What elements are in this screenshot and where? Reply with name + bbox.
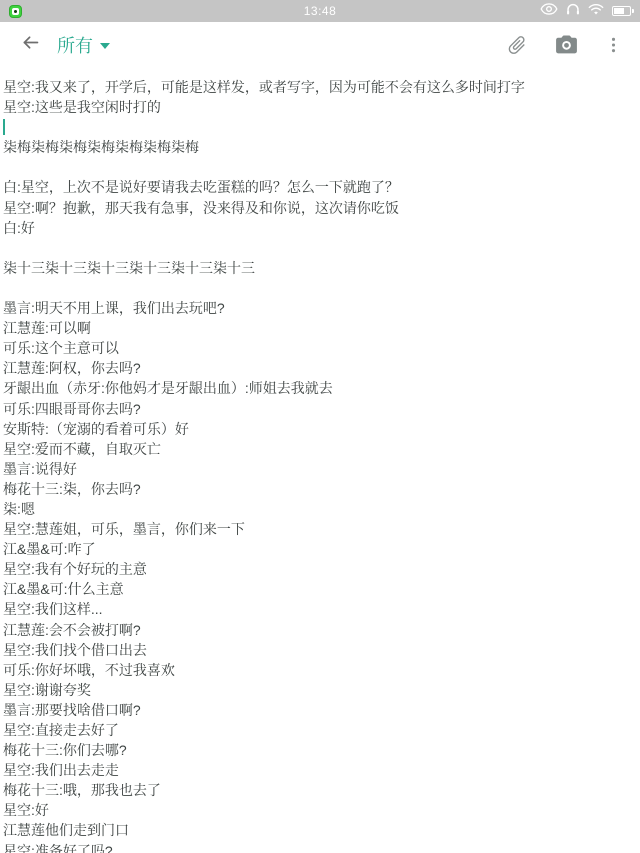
note-line: 星空:我有个好玩的主意 — [3, 559, 636, 579]
back-button[interactable] — [20, 32, 41, 58]
back-arrow-icon — [20, 32, 41, 58]
note-line: 江&墨&可:咋了 — [3, 539, 636, 559]
overflow-menu-icon — [605, 35, 622, 55]
note-line: 江慧莲:阿权，你去吗? — [3, 358, 636, 378]
note-line: 梅花十三:你们去哪? — [3, 740, 636, 760]
note-line: 星空:爱而不藏，自取灭亡 — [3, 439, 636, 459]
note-line: 墨言:说得好 — [3, 459, 636, 479]
headphones-icon — [566, 2, 580, 20]
note-line: 可乐:你好坏哦，不过我喜欢 — [3, 660, 636, 680]
camera-icon — [554, 33, 579, 56]
eye-icon — [540, 2, 558, 20]
note-line — [3, 278, 636, 298]
note-line: 墨言:那要找啥借口啊? — [3, 700, 636, 720]
note-line: 星空:准备好了吗? — [3, 841, 636, 853]
note-line: 白:好 — [3, 218, 636, 238]
note-line: 星空:好 — [3, 800, 636, 820]
note-line: 星空:慧莲姐，可乐，墨言，你们来一下 — [3, 519, 636, 539]
note-line: 江慧莲:会不会被打啊? — [3, 620, 636, 640]
note-line: 星空:直接走去好了 — [3, 720, 636, 740]
note-line: 星空:我们这样... — [3, 599, 636, 619]
status-bar: 13:48 — [0, 0, 640, 22]
note-line: 白:星空，上次不是说好要请我去吃蛋糕的吗？怎么一下就跑了？ — [3, 177, 636, 197]
paperclip-icon — [501, 29, 532, 60]
note-line: 柒梅柒梅柒梅柒梅柒梅柒梅柒梅 — [3, 137, 636, 157]
note-line: 星空:我又来了，开学后，可能是这样发，或者写字，因为可能不会有这么多时间打字 — [3, 77, 636, 97]
note-line: 柒:嗯 — [3, 499, 636, 519]
overflow-menu-button[interactable] — [605, 35, 622, 55]
toolbar: 所有 — [0, 22, 640, 67]
wifi-icon — [588, 2, 604, 20]
battery-fill — [614, 8, 624, 14]
note-line: 可乐:四眼哥哥你去吗? — [3, 399, 636, 419]
note-line: 星空:我们出去走走 — [3, 760, 636, 780]
note-line: 江慧莲:可以啊 — [3, 318, 636, 338]
status-icons — [540, 2, 631, 20]
note-line — [3, 238, 636, 258]
note-lines: 星空:我又来了，开学后，可能是这样发，或者写字，因为可能不会有这么多时间打字星空… — [3, 77, 636, 853]
note-line: 星空:我们找个借口出去 — [3, 640, 636, 660]
attach-button[interactable] — [506, 34, 528, 56]
note-line: 星空:谢谢夸奖 — [3, 680, 636, 700]
battery-icon — [612, 6, 631, 16]
note-line: 可乐:这个主意可以 — [3, 338, 636, 358]
notebook-selector[interactable]: 所有 — [57, 32, 110, 58]
note-line: 墨言:明天不用上课，我们出去玩吧? — [3, 298, 636, 318]
note-line: 星空:这些是我空闲时打的 — [3, 97, 636, 117]
camera-button[interactable] — [554, 33, 579, 56]
dropdown-caret-icon — [100, 43, 110, 49]
note-line — [3, 117, 636, 137]
note-line: 柒十三柒十三柒十三柒十三柒十三柒十三 — [3, 258, 636, 278]
note-line: 安斯特:（宠溺的看着可乐）好 — [3, 419, 636, 439]
notes-app-screen: { "status_bar": { "time": "13:48", "batt… — [0, 0, 640, 853]
note-line: 江慧莲他们走到门口 — [3, 820, 636, 840]
note-line: 星空:啊？抱歉，那天我有急事，没来得及和你说，这次请你吃饭 — [3, 198, 636, 218]
note-line: 梅花十三:哦，那我也去了 — [3, 780, 636, 800]
note-line: 梅花十三:柒，你去吗? — [3, 479, 636, 499]
notebook-title: 所有 — [57, 32, 93, 58]
note-line: 牙龈出血（赤牙:你他妈才是牙龈出血）:师姐去我就去 — [3, 378, 636, 398]
note-line: 江&墨&可:什么主意 — [3, 579, 636, 599]
text-cursor — [3, 119, 5, 135]
note-line — [3, 157, 636, 177]
note-editor[interactable]: 星空:我又来了，开学后，可能是这样发，或者写字，因为可能不会有这么多时间打字星空… — [0, 67, 640, 853]
